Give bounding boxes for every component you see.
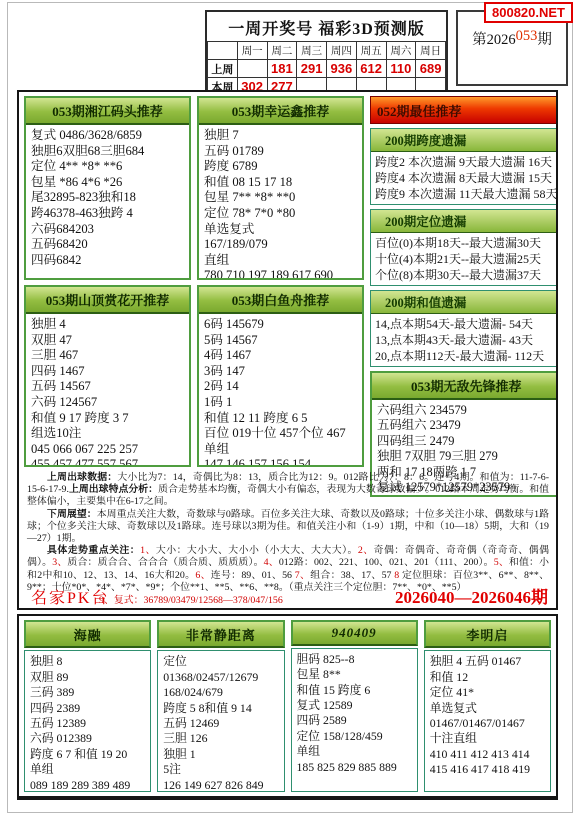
- text-line: 5注: [163, 762, 278, 777]
- pk-columns: 海融 独胆 8双胆 89三码 389四码 2389五码 12389六码 0123…: [24, 620, 551, 792]
- text-line: 410 411 412 413 414: [430, 747, 545, 762]
- day-header: 周日: [416, 42, 446, 60]
- text-line: 和值 12: [430, 670, 545, 685]
- pk-box-limingqi: 李明启 独胆 4 五码 01467和值 12定位 41*单选复式01467/01…: [424, 620, 551, 792]
- analysis-paragraph-outlook: 下周展望：本周重点关注大数，奇数球与0路球。百位多关注大球、奇数以及0路球；十位…: [27, 509, 549, 546]
- text-line: 独胆 7双胆 79三胆 279: [377, 449, 556, 464]
- text-line: 五码 12389: [30, 716, 145, 731]
- text-line: 包星 7** *8* **0: [204, 190, 357, 206]
- text-line: 五码 14567: [31, 379, 184, 395]
- best-recommend-banner: 052期最佳推荐: [370, 96, 558, 124]
- text-segment: 本周重点关注大数，奇数球与0路球。百位多关注大球、奇数以及0路球；十位多关注小球…: [27, 509, 549, 544]
- text-line: 双胆 89: [30, 670, 145, 685]
- pk-header-row: 名家PK台 2026040—2026046期: [31, 583, 548, 608]
- text-segment: 2、: [358, 545, 374, 556]
- pk-box-title: 李明启: [424, 620, 551, 648]
- section-lines: 跨度2 本次遗漏 9天最大遗漏 16天跨度4 本次遗漏 8天最大遗漏 15天跨度…: [371, 152, 558, 204]
- text-segment: 012路：002、221、100、021、201（111、200）。: [279, 557, 494, 568]
- draw-value: [237, 60, 267, 78]
- text-line: 跨度 5 8和值 9 14: [163, 701, 278, 716]
- text-line: 126 149 627 826 849: [163, 778, 278, 792]
- site-link[interactable]: 800820.NET: [484, 2, 573, 23]
- text-line: 独胆 7: [204, 128, 357, 144]
- text-segment: 7、: [295, 570, 310, 581]
- text-line: 五码 01789: [204, 144, 357, 160]
- text-line: 3码 147: [204, 364, 357, 380]
- text-line: 十位(4)本期21天--最大遗漏25天: [375, 251, 558, 267]
- text-line: 六码 012389: [30, 731, 145, 746]
- text-line: 01368/02457/12679: [163, 670, 278, 685]
- text-line: 包星 8**: [297, 667, 412, 682]
- text-segment: 8: [394, 570, 402, 581]
- text-segment: 上周出球特点分析：: [69, 484, 158, 495]
- issue-prefix: 第2026: [472, 28, 516, 49]
- section-title: 200期和值遗漏: [371, 291, 558, 314]
- draw-value: 612: [356, 60, 386, 78]
- text-line: 独胆 4: [31, 317, 184, 333]
- pk-box-lines: 独胆 8双胆 89三码 389四码 2389五码 12389六码 012389跨…: [24, 650, 151, 792]
- section-lines: 百位(0)本期18天--最大遗漏30天十位(4)本期21天--最大遗漏25天个位…: [371, 233, 558, 285]
- text-line: 跨度9 本次遗漏 11天最大遗漏 58天: [375, 186, 558, 202]
- text-line: 185 825 829 885 889: [297, 760, 412, 775]
- draw-value: 936: [327, 60, 357, 78]
- text-line: 十注直组: [430, 731, 545, 746]
- text-line: 455 457 477 557 567: [31, 457, 184, 467]
- day-header: 周二: [267, 42, 297, 60]
- text-segment: 下周展望：: [47, 509, 97, 520]
- text-line: 045 066 067 225 257: [31, 442, 184, 458]
- column-left: 053期湘江码头推荐 复式 0486/3628/6859独胆6双胆68三胆684…: [24, 96, 191, 497]
- section-lines: 14,点本期54天-最大遗漏- 54天13,点本期43天-最大遗漏- 43天20…: [371, 314, 558, 366]
- text-line: 三码 389: [30, 685, 145, 700]
- omission-section-sum: 200期和值遗漏 14,点本期54天-最大遗漏- 54天13,点本期43天-最大…: [370, 290, 558, 367]
- text-segment: 组合：38、17、57: [310, 570, 394, 581]
- text-line: 四码组三 2479: [377, 434, 556, 449]
- recommendation-box-xiangjiang: 053期湘江码头推荐 复式 0486/3628/6859独胆6双胆68三胆684…: [24, 96, 191, 280]
- pk-box-lines: 胆码 825--8包星 8**和值 15 跨度 6复式 12589四码 2589…: [291, 648, 418, 792]
- pk-box-lines: 独胆 4 五码 01467和值 12定位 41*单选复式01467/01467/…: [424, 650, 551, 792]
- box-title: 053期湘江码头推荐: [26, 98, 189, 125]
- text-line: 定位 78* 7*0 *80: [204, 206, 357, 222]
- table-header-row: 周一 周二 周三 周四 周五 周六 周日: [208, 42, 446, 60]
- recommendation-box-baiyuzhou: 053期白鱼舟推荐 6码 1456795码 145674码 14673码 147…: [197, 285, 364, 467]
- analysis-paragraph-lastweek: 上周出球数据：大小比为7：14，奇偶比为8：13，质合比为12：9。012路比为…: [27, 472, 549, 509]
- omission-section-position: 200期定位遗漏 百位(0)本期18天--最大遗漏30天十位(4)本期21天--…: [370, 209, 558, 286]
- text-line: 5码 14567: [204, 333, 357, 349]
- text-line: 个位(8)本期30天--最大遗漏37天: [375, 267, 558, 283]
- text-line: 六码组六 234579: [377, 403, 556, 418]
- text-segment: 具体走势重点关注：: [47, 545, 140, 556]
- recommendation-columns: 053期湘江码头推荐 复式 0486/3628/6859独胆6双胆68三胆684…: [24, 96, 552, 497]
- text-segment: 6、: [195, 570, 210, 581]
- text-line: 13,点本期43天-最大遗漏- 43天: [375, 332, 558, 348]
- text-line: 直组: [204, 253, 357, 269]
- text-line: 20,点本期112天-最大遗漏- 112天: [375, 348, 558, 364]
- draw-value: 181: [267, 60, 297, 78]
- week-draws-table: 周一 周二 周三 周四 周五 周六 周日 上周 181 291 936 612 …: [207, 41, 446, 96]
- text-line: 089 189 289 389 489: [30, 778, 145, 792]
- text-line: 定位 41*: [430, 685, 545, 700]
- text-line: 和值 08 15 17 18: [204, 175, 357, 191]
- text-segment: 连号：89、01、56: [211, 570, 295, 581]
- text-line: 五码68420: [31, 237, 184, 253]
- text-line: 独胆6双胆68三胆684: [31, 144, 184, 160]
- pk-box-title: 940409: [291, 620, 418, 646]
- text-line: 包星 *86 4*6 *26: [31, 175, 184, 191]
- text-line: 和值 12 11 跨度 6 5: [204, 411, 357, 427]
- day-header: 周六: [386, 42, 416, 60]
- text-line: 跨度 6 7 和值 19 20: [30, 747, 145, 762]
- pk-title: 名家PK台: [31, 585, 109, 608]
- text-line: 五码组六 23479: [377, 418, 556, 433]
- text-line: 单组: [297, 744, 412, 759]
- text-line: 独胆 8: [30, 654, 145, 669]
- page-title: 一周开奖号 福彩3D预测版: [207, 12, 446, 41]
- table-row: 上周 181 291 936 612 110 689: [208, 60, 446, 78]
- row-label: 上周: [208, 60, 238, 78]
- day-header: 周五: [356, 42, 386, 60]
- recommendation-box-shanding: 053期山顶赏花开推荐 独胆 4双胆 47三胆 467四码 1467五码 145…: [24, 285, 191, 467]
- text-line: 01467/01467/01467: [430, 716, 545, 731]
- main-panel: 053期湘江码头推荐 复式 0486/3628/6859独胆6双胆68三胆684…: [17, 90, 558, 610]
- draw-value: 291: [297, 60, 327, 78]
- text-line: 跨度 6789: [204, 159, 357, 175]
- period-range: 2026040—2026046期: [395, 583, 548, 608]
- text-line: 四码 1467: [31, 364, 184, 380]
- box-title: 053期无敌先锋推荐: [372, 373, 558, 400]
- text-line: 复式 12589: [297, 698, 412, 713]
- text-line: 4码 1467: [204, 348, 357, 364]
- issue-number: 053: [516, 28, 538, 45]
- text-line: 168/024/679: [163, 685, 278, 700]
- text-line: 独胆 1: [163, 747, 278, 762]
- column-right: 052期最佳推荐 200期跨度遗漏 跨度2 本次遗漏 9天最大遗漏 16天跨度4…: [370, 96, 558, 497]
- text-line: 单选复式: [430, 701, 545, 716]
- text-segment: 3、: [52, 557, 67, 568]
- text-line: 组选10注: [31, 426, 184, 442]
- text-segment: 1、: [140, 545, 156, 556]
- text-line: 独胆 4 五码 01467: [430, 654, 545, 669]
- text-line: 胆码 825--8: [297, 652, 412, 667]
- omission-section-span: 200期跨度遗漏 跨度2 本次遗漏 9天最大遗漏 16天跨度4 本次遗漏 8天最…: [370, 128, 558, 205]
- text-line: 780 710 197 189 617 690: [204, 268, 357, 280]
- box-lines: 独胆 7五码 01789跨度 6789和值 08 15 17 18包星 7** …: [199, 125, 362, 280]
- text-line: 2码 14: [204, 379, 357, 395]
- pk-box-hairong: 海融 独胆 8双胆 89三码 389四码 2389五码 12389六码 0123…: [24, 620, 151, 792]
- draw-value: 110: [386, 60, 416, 78]
- text-line: 四码 2389: [30, 701, 145, 716]
- text-segment: 大小：大小大、大小小（小大大、大大大）。: [156, 545, 358, 556]
- section-title: 200期跨度遗漏: [371, 129, 558, 152]
- text-segment: 质合：质合合、合合合（质合质、质质质）。: [67, 557, 263, 568]
- day-header: 周四: [327, 42, 357, 60]
- text-line: 和值 9 17 跨度 3 7: [31, 411, 184, 427]
- day-header: 周一: [237, 42, 267, 60]
- page: 一周开奖号 福彩3D预测版 周一 周二 周三 周四 周五 周六 周日 上周 18…: [0, 0, 575, 816]
- text-line: 跨度2 本次遗漏 9天最大遗漏 16天: [375, 154, 558, 170]
- text-line: 尾32895-823独和18: [31, 190, 184, 206]
- text-line: 单选复式: [204, 222, 357, 238]
- pk-box-feichangjingjuli: 非常静距离 定位01368/02457/12679168/024/679跨度 5…: [157, 620, 284, 792]
- text-line: 147 146 157 156 154: [204, 457, 357, 467]
- text-line: 复式 0486/3628/6859: [31, 128, 184, 144]
- text-line: 三胆 126: [163, 731, 278, 746]
- text-line: 四码6842: [31, 253, 184, 269]
- box-title: 053期山顶赏花开推荐: [26, 287, 189, 314]
- text-line: 定位 158/128/459: [297, 729, 412, 744]
- day-header: 周三: [297, 42, 327, 60]
- text-line: 167/189/079: [204, 237, 357, 253]
- pk-box-title: 非常静距离: [157, 620, 284, 648]
- text-segment: 上周出球数据：: [47, 472, 117, 483]
- text-line: 六码684203: [31, 222, 184, 238]
- box-title: 053期白鱼舟推荐: [199, 287, 362, 314]
- corner-cell: [208, 42, 238, 60]
- recommendation-box-xingyunxin: 053期幸运鑫推荐 独胆 7五码 01789跨度 6789和值 08 15 17…: [197, 96, 364, 280]
- text-line: 和值 15 跨度 6: [297, 683, 412, 698]
- text-line: 415 416 417 418 419: [430, 762, 545, 777]
- week-draws-panel: 一周开奖号 福彩3D预测版 周一 周二 周三 周四 周五 周六 周日 上周 18…: [205, 10, 448, 98]
- text-line: 单组: [30, 762, 145, 777]
- pk-box-lines: 定位01368/02457/12679168/024/679跨度 5 8和值 9…: [157, 650, 284, 792]
- box-lines: 独胆 4双胆 47三胆 467四码 1467五码 14567六码 124567和…: [26, 314, 189, 467]
- text-line: 三胆 467: [31, 348, 184, 364]
- pk-panel: 海融 独胆 8双胆 89三码 389四码 2389五码 12389六码 0123…: [17, 614, 558, 800]
- text-line: 14,点本期54天-最大遗漏- 54天: [375, 316, 558, 332]
- text-line: 跨度4 本次遗漏 8天最大遗漏 15天: [375, 170, 558, 186]
- box-title: 053期幸运鑫推荐: [199, 98, 362, 125]
- section-title: 200期定位遗漏: [371, 210, 558, 233]
- box-lines: 6码 1456795码 145674码 14673码 1472码 141码 1和…: [199, 314, 362, 467]
- pk-box-title: 海融: [24, 620, 151, 648]
- text-line: 定位 4** *8* **6: [31, 159, 184, 175]
- text-line: 四码 2589: [297, 713, 412, 728]
- text-segment: 5、: [494, 557, 509, 568]
- text-line: 百位 019十位 457个位 467: [204, 426, 357, 442]
- draw-value: 689: [416, 60, 446, 78]
- text-line: 定位: [163, 654, 278, 669]
- text-line: 6码 145679: [204, 317, 357, 333]
- issue-suffix: 期: [537, 28, 552, 49]
- text-line: 双胆 47: [31, 333, 184, 349]
- column-middle: 053期幸运鑫推荐 独胆 7五码 01789跨度 6789和值 08 15 17…: [197, 96, 364, 497]
- text-line: 六码 124567: [31, 395, 184, 411]
- box-lines: 复式 0486/3628/6859独胆6双胆68三胆684定位 4** *8* …: [26, 125, 189, 268]
- text-line: 五码 12469: [163, 716, 278, 731]
- text-line: 1码 1: [204, 395, 357, 411]
- pk-box-940409: 940409 胆码 825--8包星 8**和值 15 跨度 6复式 12589…: [291, 620, 418, 792]
- text-segment: 4、: [264, 557, 279, 568]
- text-line: 百位(0)本期18天--最大遗漏30天: [375, 235, 558, 251]
- text-line: 单组: [204, 442, 357, 458]
- text-line: 跨46378-463独跨 4: [31, 206, 184, 222]
